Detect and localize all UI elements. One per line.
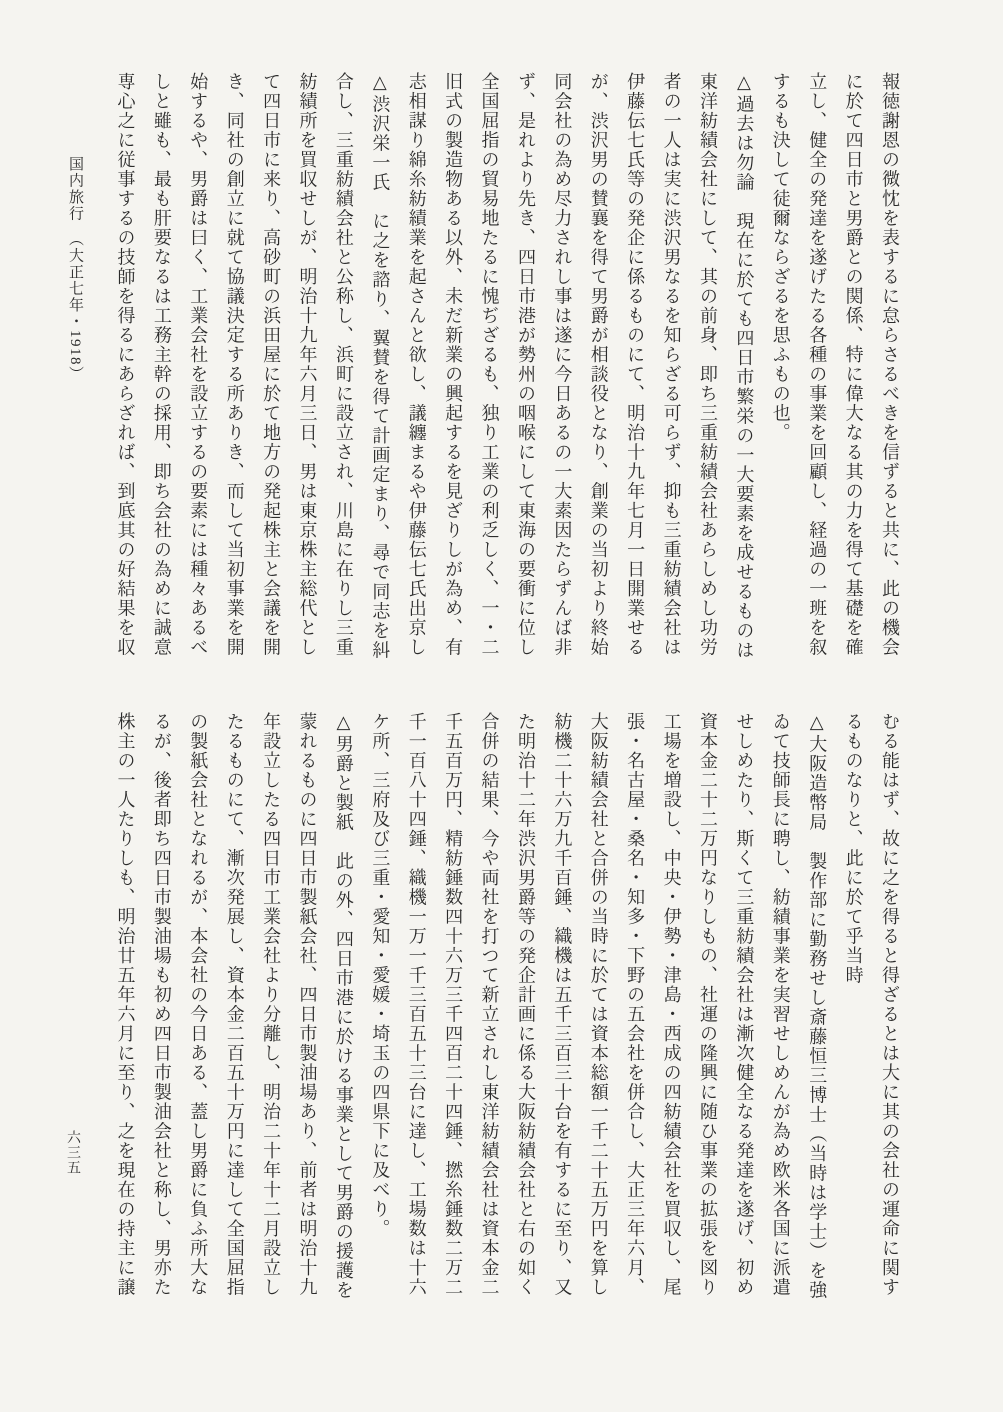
text-column: ケ所、三府及び三重・愛知・愛媛・埼玉の四県下に及べり。 bbox=[362, 712, 398, 1300]
text-column: に於て四日市と男爵との関係、特に偉大なる其の力を得て基礎を確 bbox=[835, 72, 871, 660]
text-column: 資本金二十二万円なりしもの、社運の隆興に随ひ事業の拡張を図り bbox=[690, 712, 726, 1300]
text-column: の製紙会社となれるが、本会社の今日ある、蓋し男爵に負ふ所大な bbox=[180, 712, 216, 1300]
text-column: 専心之に従事するの技師を得るにあらざれば、到底其の好結果を収 bbox=[107, 72, 143, 660]
text-column: 千一百八十四錘、織機一万一千三百五十三台に達し、工場数は十六 bbox=[398, 712, 434, 1300]
text-column: 紡績所を買収せしが、明治十九年六月三日、男は東京株主総代とし bbox=[289, 72, 325, 660]
text-column: て四日市に来り、高砂町の浜田屋に於て地方の発起株主と会議を開 bbox=[253, 72, 289, 660]
page-number: 六三五 bbox=[62, 1130, 82, 1175]
text-column: 全国屈指の貿易地たるに愧ぢざるも、独り工業の利乏しく、一・二 bbox=[471, 72, 507, 660]
scanned-book-page: 国内旅行 （大正七年・1918） 報徳謝恩の微忱を表するに怠らさるべきを信ずると… bbox=[0, 0, 1003, 1412]
text-column: 年設立したる四日市工業会社より分離し、明治二十年十二月設立し bbox=[253, 712, 289, 1300]
text-column: せしめたり、斯くて三重紡績会社は漸次健全なる発達を遂げ、初め bbox=[726, 712, 762, 1300]
text-column: 紡機二十六万九千百錘、織機は五千三百三十台を有するに至り、又 bbox=[544, 712, 580, 1300]
text-column: き、同社の創立に就て協議決定する所ありき、而して当初事業を開 bbox=[216, 72, 252, 660]
top-text-block: 報徳謝恩の微忱を表するに怠らさるべきを信ずると共に、此の機会に於て四日市と男爵と… bbox=[107, 72, 908, 660]
text-column: 同会社の為め尽力されし事は遂に今日あるの一大素因たらずんば非 bbox=[544, 72, 580, 660]
text-column: 大阪紡績会社と合併の当時に於ては資本総額一千二十五万円を算し bbox=[580, 712, 616, 1300]
text-column: るが、後者即ち四日市製油場も初め四日市製油会社と称し、男亦た bbox=[143, 712, 179, 1300]
text-column: たるものにて、漸次発展し、資本金二百五十万円に達して全国屈指 bbox=[216, 712, 252, 1300]
text-column: 志相謀り綿糸紡績業を起さんと欲し、議纏まるや伊藤伝七氏出京し bbox=[398, 72, 434, 660]
text-column: が、渋沢男の賛襄を得て男爵が相談役となり、創業の当初より終始 bbox=[580, 72, 616, 660]
text-column: 旧式の製造物ある以外、未だ新業の興起するを見ざりしが為め、有 bbox=[435, 72, 471, 660]
text-column: た明治十二年渋沢男爵等の発企計画に係る大阪紡績会社と右の如く bbox=[508, 712, 544, 1300]
text-column: 千五百万円、精紡錘数四十六万三千四百二十四錘、撚糸錘数二万二 bbox=[435, 712, 471, 1300]
bottom-text-block: むる能はず、故に之を得ると得ざるとは大に其の会社の運命に関するものなりと、此に於… bbox=[107, 712, 908, 1300]
text-column: 報徳謝恩の微忱を表するに怠らさるべきを信ずると共に、此の機会 bbox=[872, 72, 908, 660]
text-column: 蒙れるものに四日市製紙会社、四日市製油場あり、前者は明治十九 bbox=[289, 712, 325, 1300]
text-column: △過去は勿論 現在に於ても四日市繁栄の一大要素を成せるものは bbox=[726, 72, 762, 660]
text-column: △男爵と製紙 此の外、四日市港に於ける事業として男爵の援護を bbox=[326, 712, 362, 1300]
text-column: ず、是れより先き、四日市港が勢州の咽喉にして東海の要衝に位し bbox=[508, 72, 544, 660]
running-title: 国内旅行 （大正七年・1918） bbox=[64, 156, 86, 383]
text-column: 合し、三重紡績会社と公称し、浜町に設立され、川島に在りし三重 bbox=[326, 72, 362, 660]
text-column: 者の一人は実に渋沢男なるを知らざる可らず、抑も三重紡績会社は bbox=[653, 72, 689, 660]
text-column: 伊藤伝七氏等の発企に係るものにて、明治十九年七月一日開業せる bbox=[617, 72, 653, 660]
text-column: 立し、健全の発達を遂げたる各種の事業を回顧し、経過の一班を叙 bbox=[799, 72, 835, 660]
text-column: △渋沢栄一氏 に之を諮り、翼賛を得て計画定まり、尋で同志を糾 bbox=[362, 72, 398, 660]
text-column: 張・名古屋・桑名・知多・下野の五会社を併合し、大正三年六月、 bbox=[617, 712, 653, 1300]
text-column: 東洋紡績会社にして、其の前身、即ち三重紡績会社あらしめし功労 bbox=[690, 72, 726, 660]
text-column: 工場を増設し、中央・伊勢・津島・西成の四紡績会社を買収し、尾 bbox=[653, 712, 689, 1300]
text-column: むる能はず、故に之を得ると得ざるとは大に其の会社の運命に関す bbox=[872, 712, 908, 1300]
text-column: ゐて技師長に聘し、紡績事業を実習せしめんが為め欧米各国に派遣 bbox=[762, 712, 798, 1300]
text-column: 合併の結果、今や両社を打つて新立されし東洋紡績会社は資本金二 bbox=[471, 712, 507, 1300]
text-column: るものなりと、此に於て乎当時 bbox=[835, 712, 871, 1300]
text-column: するも決して徒爾ならざるを思ふもの也。 bbox=[762, 72, 798, 660]
text-column: △大阪造幣局 製作部に勤務せし斎藤恒三博士（当時は学士）を強 bbox=[799, 712, 835, 1300]
text-column: しと雖も、最も肝要なるは工務主幹の採用、即ち会社の為めに誠意 bbox=[143, 72, 179, 660]
text-column: 株主の一人たりしも、明治廿五年六月に至り、之を現在の持主に譲 bbox=[107, 712, 143, 1300]
text-column: 始するや、男爵は曰く、工業会社を設立するの要素には種々あるべ bbox=[180, 72, 216, 660]
